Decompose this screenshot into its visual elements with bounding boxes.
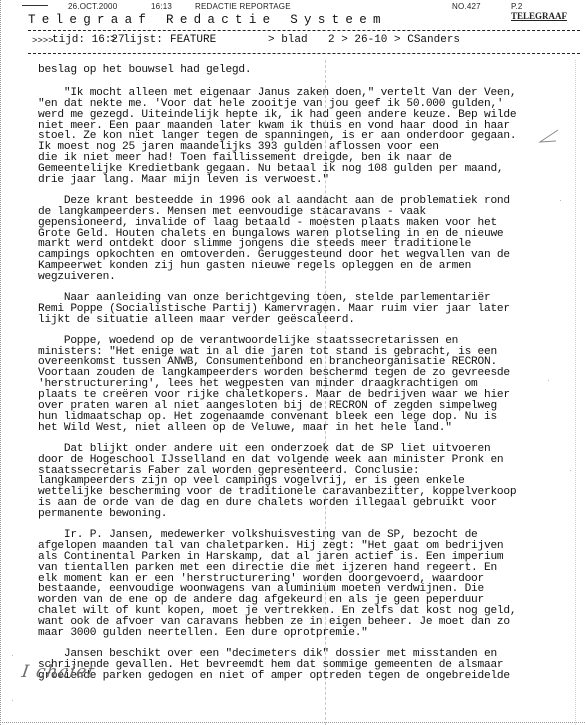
- header-divider-bottom: [28, 53, 580, 54]
- text-line: van tientallen parken met een directie d…: [38, 563, 578, 574]
- page-edge-bottom: [0, 722, 585, 723]
- nav-prefix: >>>>: [32, 36, 54, 46]
- fax-time: 16:13: [151, 2, 172, 11]
- fax-department: REDACTIE REPORTAGE: [195, 2, 291, 11]
- scan-speck: [12, 655, 13, 656]
- article-body: beslag op het bouwsel had gelegd. "Ik mo…: [38, 65, 578, 692]
- pencil-check-mark-icon: [537, 128, 561, 144]
- nav-page-date-author: 2 > 26-10 > CSanders: [328, 34, 460, 46]
- article-paragraph: Jansen beschikt over een "decimeters dik…: [38, 649, 578, 682]
- article-paragraph: Poppe, woedend op de verantwoordelijke s…: [38, 336, 578, 434]
- system-navigation-line: >>>> tijd: 16:27 > lijst: FEATURE > blad…: [28, 34, 580, 48]
- text-line: wegzuiveren.: [38, 272, 578, 283]
- article-paragraph: Ir. P. Jansen, medewerker volkshuisvesti…: [38, 530, 578, 639]
- page-edge-left: [0, 0, 1, 725]
- text-line: permanente bewoning.: [38, 509, 578, 520]
- text-line: Dat blijkt onder andere uit een onderzoe…: [38, 444, 578, 455]
- text-line: drie jaar lang. Maar mijn leven is verwo…: [38, 175, 578, 186]
- text-line: beslag op het bouwsel had gelegd.: [38, 65, 578, 76]
- text-line: schrijnende gevallen. Het bevreemdt hem …: [38, 660, 578, 671]
- text-line: werd me gezegd. Uiteindelijk hepte ik, i…: [38, 110, 578, 121]
- nav-lijst-value: FEATURE: [170, 34, 216, 46]
- fax-date: 26.OCT.2000: [68, 2, 117, 11]
- nav-blad-label: > blad: [268, 34, 308, 46]
- header-divider-top: [28, 30, 580, 31]
- article-paragraph: Dat blijkt onder andere uit een onderzoe…: [38, 444, 578, 520]
- text-line: als Continental Parken in Harskamp, dat …: [38, 552, 578, 563]
- scan-speck: [560, 200, 561, 201]
- text-line: lijkt de situatie alleen maar verder geë…: [38, 315, 578, 326]
- article-paragraph: Deze krant besteedde in 1996 ook al aand…: [38, 196, 578, 283]
- handwritten-note: I chalet: [21, 662, 97, 682]
- article-paragraph: Naar aanleiding van onze berichtgeving t…: [38, 293, 578, 326]
- text-line: Kampeerwet konden zij hun gasten nieuwe …: [38, 261, 578, 272]
- text-line: door de Hogeschool IJsselland en dat vol…: [38, 455, 578, 466]
- fax-page-number: P.2: [511, 2, 523, 11]
- scan-speck: [570, 470, 571, 471]
- scan-speck: [12, 700, 13, 701]
- sender-mark: TELEGRAAF: [511, 11, 567, 21]
- text-line: maar 3000 gulden neertellen. Een dure op…: [38, 628, 578, 639]
- text-line: het Wild West, niet alleen op de Veluwe,…: [38, 423, 578, 434]
- text-line: groeiende parken gedogen en niet of ampe…: [38, 671, 578, 682]
- article-paragraph: beslag op het bouwsel had gelegd.: [38, 65, 578, 76]
- fax-page: 26.OCT.2000 16:13 REDACTIE REPORTAGE NO.…: [0, 0, 585, 725]
- system-title: Telegraaf Redactie Systeem: [28, 13, 387, 27]
- fax-number: NO.427: [452, 2, 481, 11]
- text-line: Poppe, woedend op de verantwoordelijke s…: [38, 336, 578, 347]
- nav-lijst-label: > lijst:: [110, 34, 163, 46]
- text-line: gepensioneerd, invalide of laag betaald …: [38, 218, 578, 229]
- article-paragraph: "Ik mocht alleen met eigenaar Janus zake…: [38, 88, 578, 186]
- scan-speck: [548, 380, 549, 381]
